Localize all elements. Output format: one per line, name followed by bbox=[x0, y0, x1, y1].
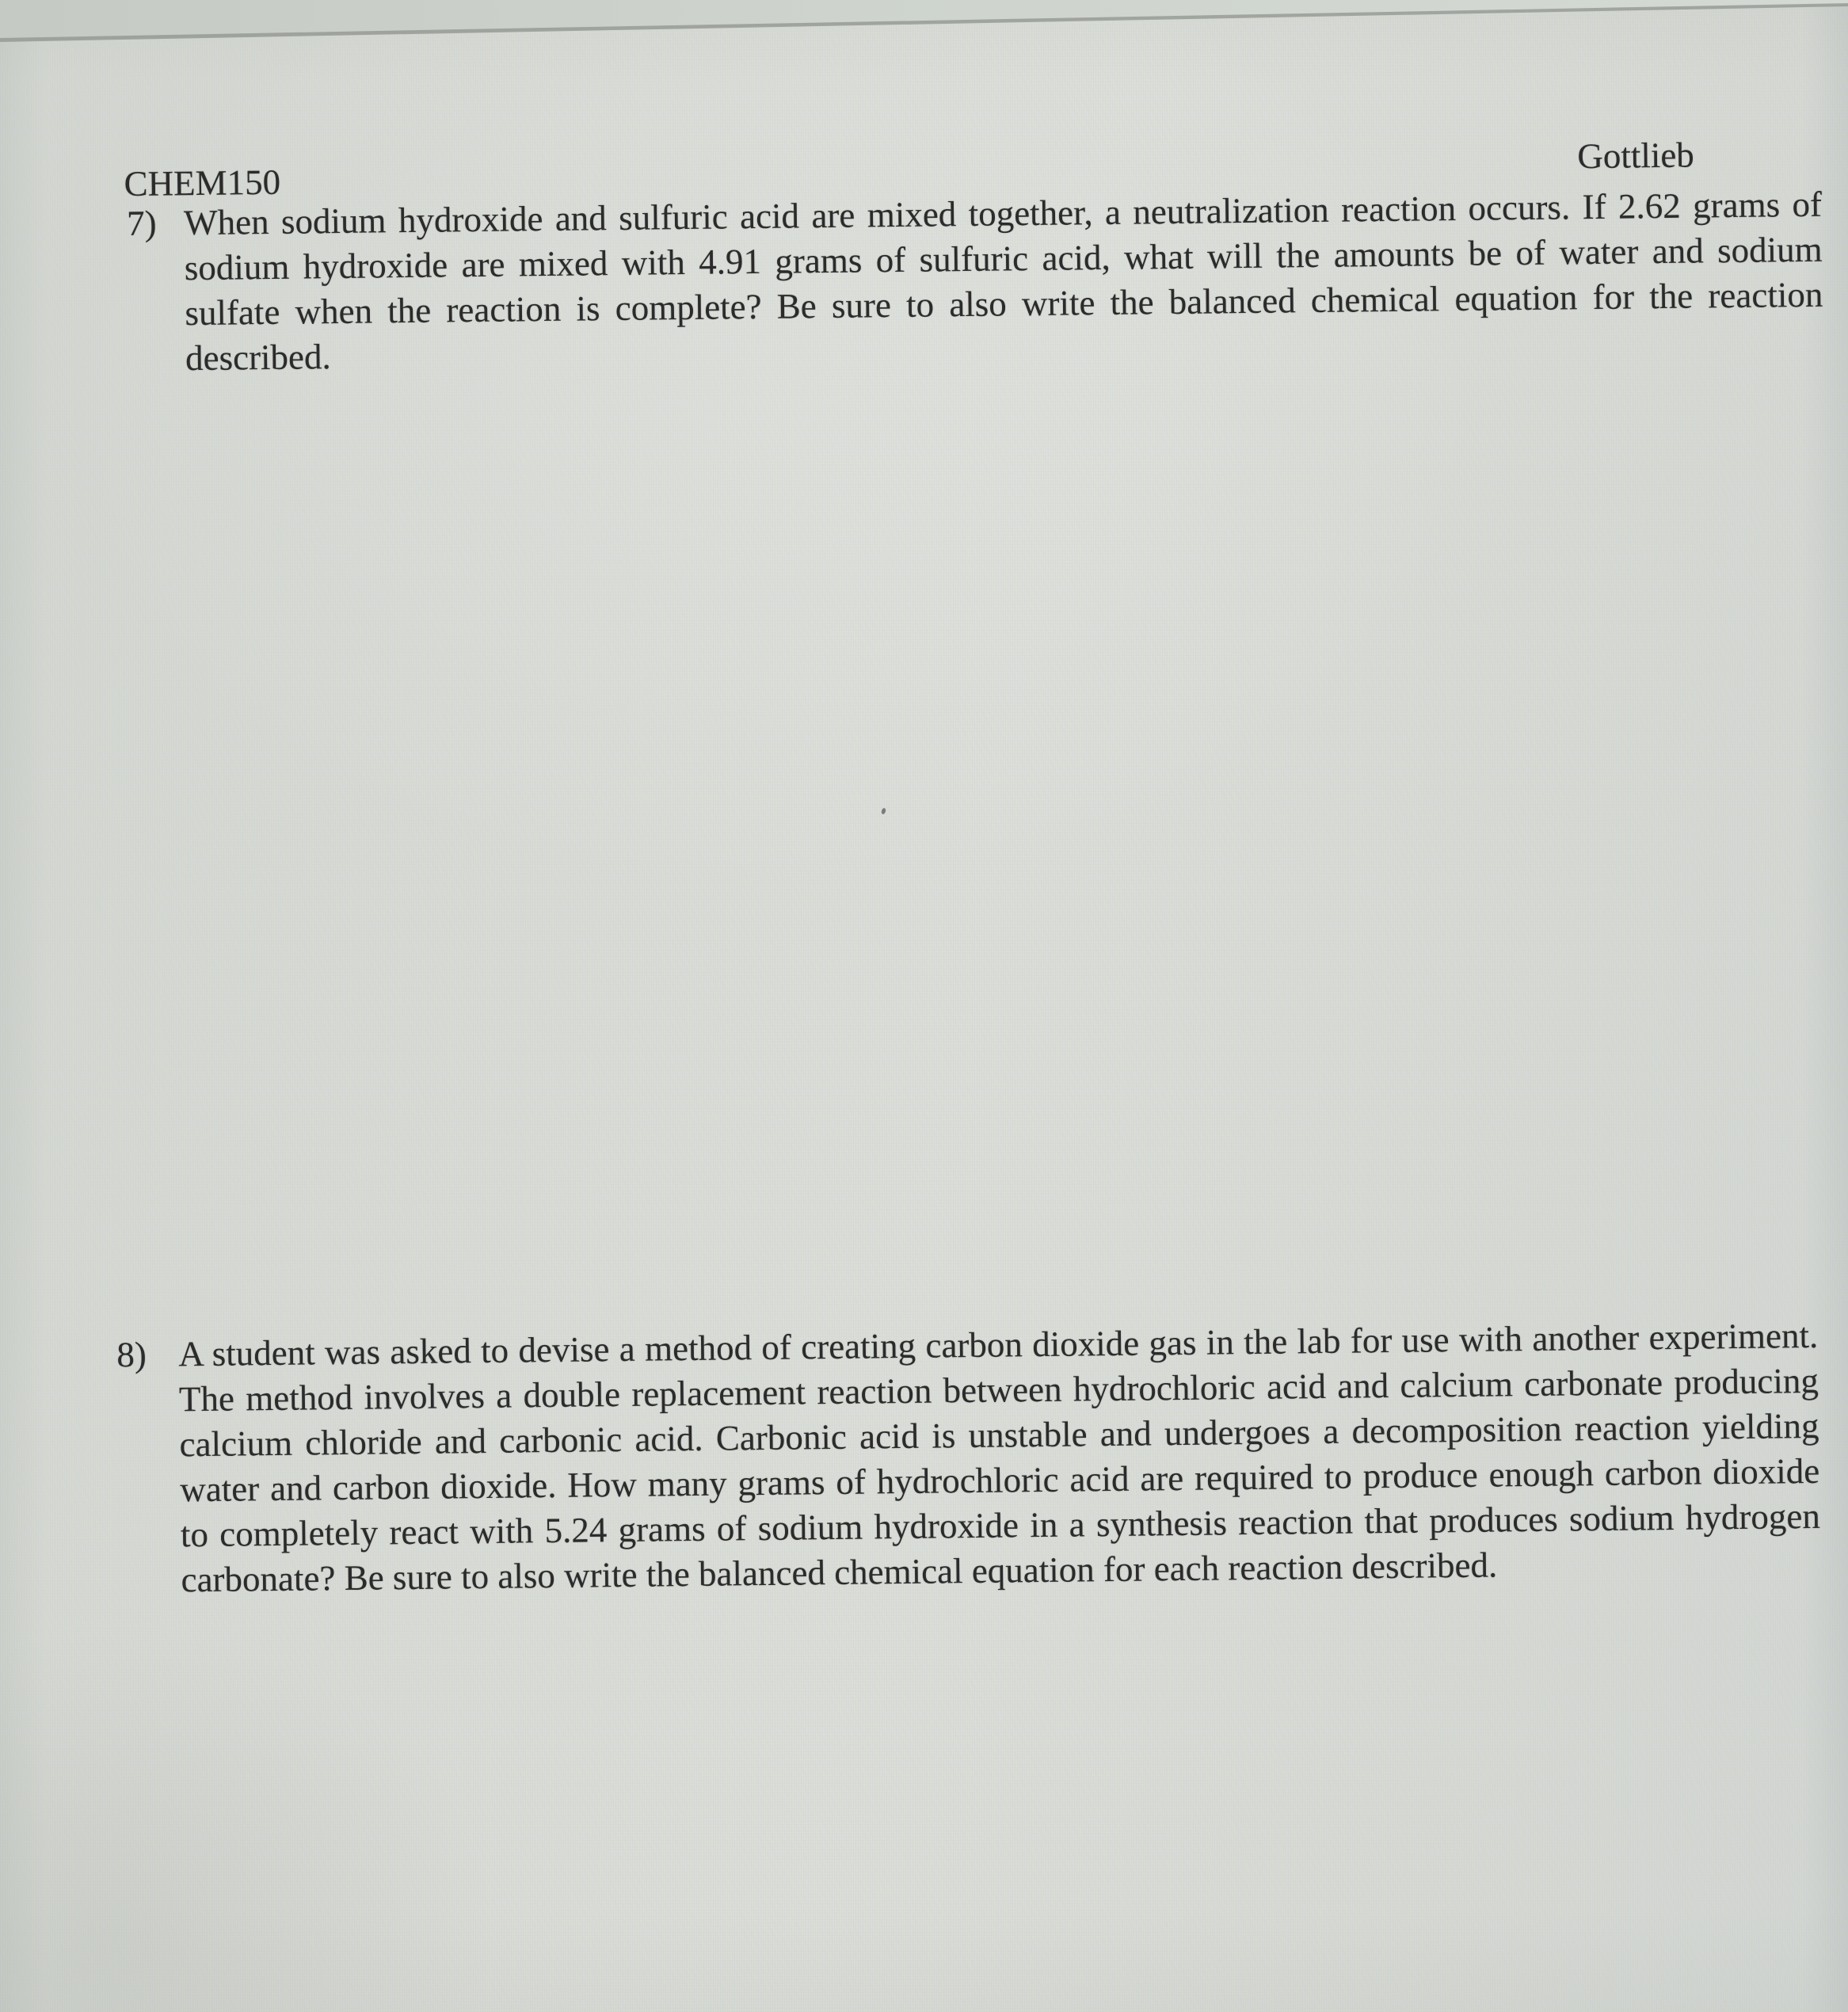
question-7-text: When sodium hydroxide and sulfuric acid … bbox=[184, 182, 1823, 381]
instructor-name: Gottlieb bbox=[1577, 133, 1694, 180]
homework-sheet: CHEM150 Gottlieb 7) When sodium hydroxid… bbox=[0, 0, 1848, 2012]
question-7-number: 7) bbox=[127, 201, 157, 246]
question-8-text: A student was asked to devise a method o… bbox=[178, 1313, 1821, 1602]
question-8: 8) A student was asked to devise a metho… bbox=[116, 1313, 1821, 1603]
question-8-number: 8) bbox=[116, 1332, 147, 1378]
question-7: 7) When sodium hydroxide and sulfuric ac… bbox=[127, 182, 1823, 382]
